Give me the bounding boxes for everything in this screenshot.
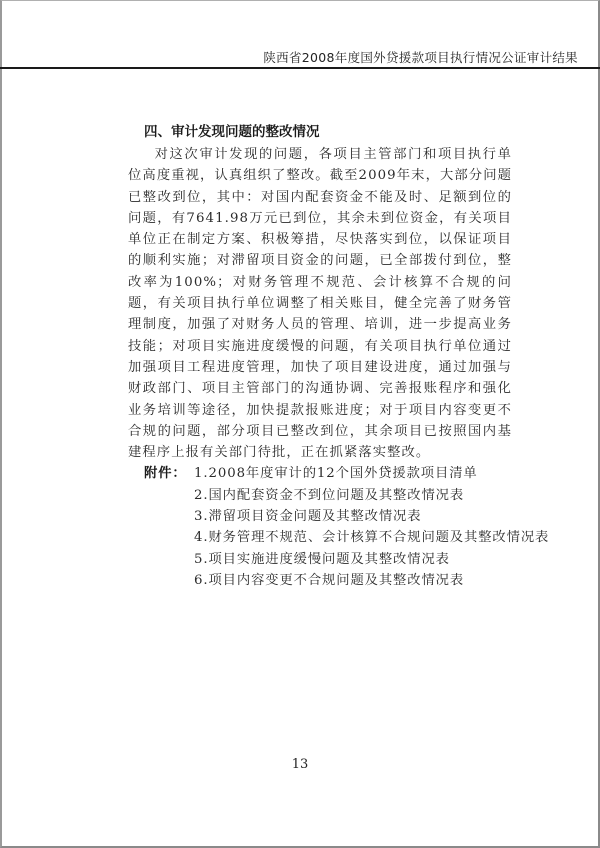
page-content: 四、审计发现问题的整改情况 对这次审计发现的问题，各项目主管部门和项目执行单位高… (128, 122, 512, 591)
attachment-row: 6.项目内容变更不合规问题及其整改情况表 (128, 570, 512, 591)
attachments-label: 附件： (144, 463, 194, 484)
attachment-row: 附件： 1.2008年度审计的12个国外贷援款项目清单 (128, 463, 512, 484)
attachment-row: 2.国内配套资金不到位问题及其整改情况表 (128, 485, 512, 506)
attachment-row: 4.财务管理不规范、会计核算不合规问题及其整改情况表 (128, 527, 512, 548)
section-heading: 四、审计发现问题的整改情况 (144, 122, 512, 144)
attachment-item: 4.财务管理不规范、会计核算不合规问题及其整改情况表 (194, 527, 549, 548)
attachment-item: 2.国内配套资金不到位问题及其整改情况表 (194, 485, 464, 506)
running-header: 陕西省2008年度国外贷援款项目执行情况公证审计结果 (263, 48, 578, 66)
attachments-list: 附件： 1.2008年度审计的12个国外贷援款项目清单 2.国内配套资金不到位问… (128, 463, 512, 591)
attachment-item: 5.项目实施进度缓慢问题及其整改情况表 (194, 549, 450, 570)
attachment-item: 6.项目内容变更不合规问题及其整改情况表 (194, 570, 464, 591)
header-rule (0, 67, 600, 69)
attachment-row: 3.滞留项目资金问题及其整改情况表 (128, 506, 512, 527)
attachment-item: 1.2008年度审计的12个国外贷援款项目清单 (194, 463, 478, 484)
attachment-item: 3.滞留项目资金问题及其整改情况表 (194, 506, 421, 527)
page-number: 13 (0, 757, 600, 772)
body-paragraph: 对这次审计发现的问题，各项目主管部门和项目执行单位高度重视，认真组织了整改。截至… (128, 144, 512, 463)
attachment-row: 5.项目实施进度缓慢问题及其整改情况表 (128, 549, 512, 570)
